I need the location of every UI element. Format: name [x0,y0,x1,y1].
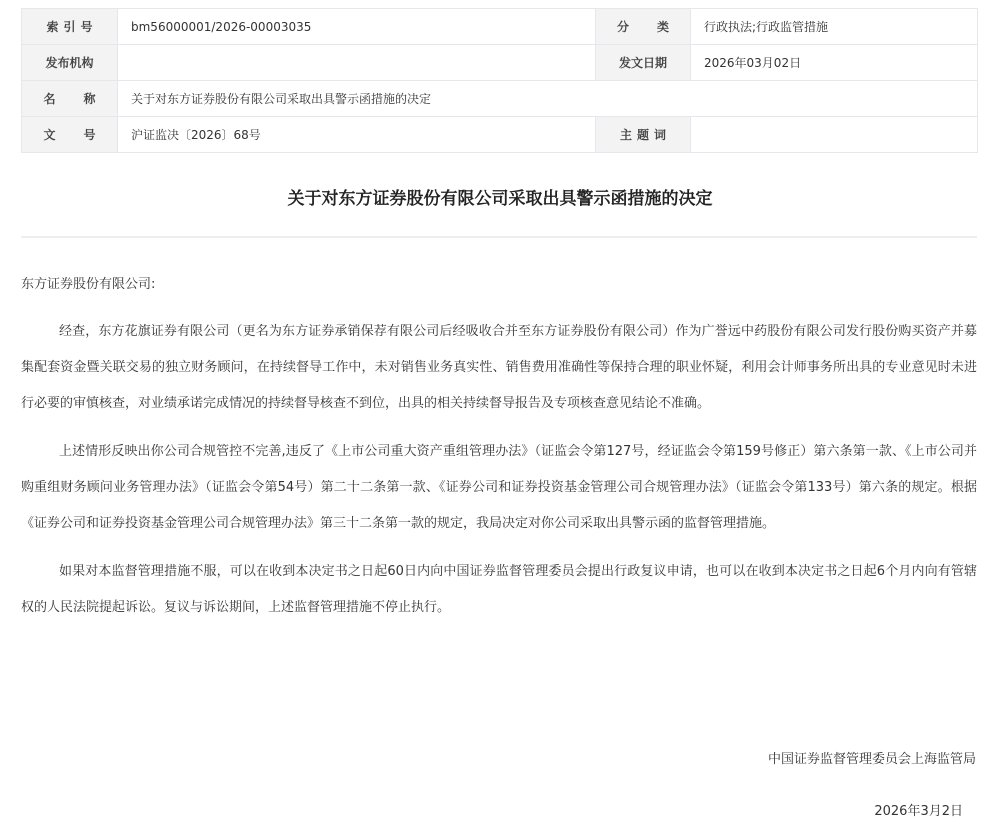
title-divider [21,236,977,238]
meta-row-publisher: 发布机构 发文日期 2026年03月02日 [22,45,978,81]
category-value: 行政执法;行政监管措施 [691,9,978,45]
name-value: 关于对东方证券股份有限公司采取出具警示函措施的决定 [118,81,978,117]
date-label: 发文日期 [596,45,691,81]
index-value: bm56000001/2026-00003035 [118,9,596,45]
meta-row-docno: 文 号 沪证监决〔2026〕68号 主 题 词 [22,117,978,153]
index-label: 索 引 号 [22,9,118,45]
document-metadata-table: 索 引 号 bm56000001/2026-00003035 分 类 行政执法;… [21,8,978,153]
signature-date: 2026年3月2日 [874,800,963,819]
body-paragraph-3: 如果对本监督管理措施不服，可以在收到本决定书之日起60日内向中国证券监督管理委员… [21,554,977,626]
keywords-value [691,117,978,153]
body-paragraph-2: 上述情形反映出你公司合规管控不完善,违反了《上市公司重大资产重组管理办法》（证监… [21,434,977,542]
body-paragraph-1: 经查，东方花旗证券有限公司（更名为东方证券承销保荐有限公司后经吸收合并至东方证券… [21,314,977,422]
date-value: 2026年03月02日 [691,45,978,81]
addressee: 东方证券股份有限公司: [21,273,155,292]
meta-row-name: 名 称 关于对东方证券股份有限公司采取出具警示函措施的决定 [22,81,978,117]
publisher-label: 发布机构 [22,45,118,81]
docno-value: 沪证监决〔2026〕68号 [118,117,596,153]
category-label: 分 类 [596,9,691,45]
name-label: 名 称 [22,81,118,117]
keywords-label: 主 题 词 [596,117,691,153]
document-title: 关于对东方证券股份有限公司采取出具警示函措施的决定 [0,184,1000,209]
publisher-value [118,45,596,81]
issuing-authority: 中国证券监督管理委员会上海监管局 [768,748,976,767]
docno-label: 文 号 [22,117,118,153]
meta-row-index: 索 引 号 bm56000001/2026-00003035 分 类 行政执法;… [22,9,978,45]
